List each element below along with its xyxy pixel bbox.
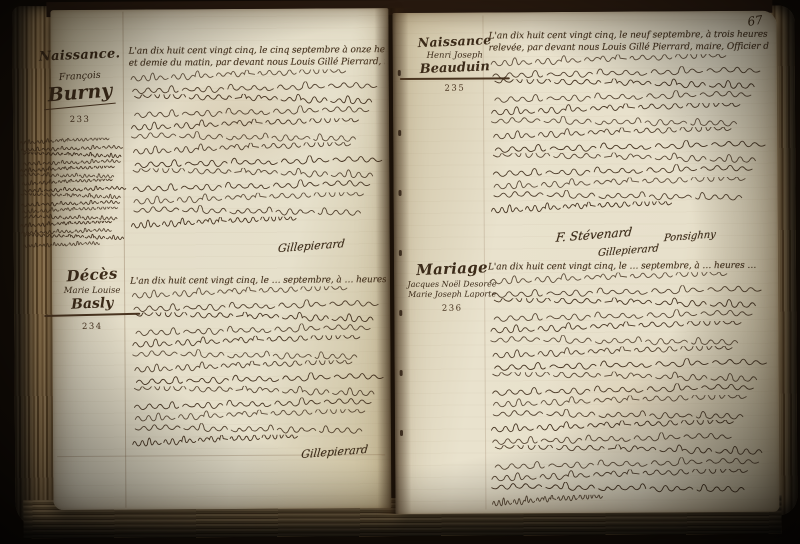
marriage-record-body: L'an dix huit cent vingt cinq, le … sept… <box>488 260 771 508</box>
annotation-handwriting-lines <box>19 138 126 249</box>
binding-stitch <box>399 250 402 256</box>
handwriting-lines <box>488 272 771 507</box>
marginal-annotation-note <box>19 138 126 249</box>
death-record-body-basly: L'an dix huit cent vingt cinq, le … sept… <box>130 274 387 448</box>
birth-record-body-beauduin: L'an dix huit cent vingt cinq, le neuf s… <box>489 29 770 215</box>
binding-stitch <box>398 190 401 196</box>
birth-record-body-burny: L'an dix huit cent vingt cinq, le cinq s… <box>129 44 386 230</box>
act-number: 234 <box>40 322 144 333</box>
binding-stitch <box>400 430 403 436</box>
margin-entry-deces-basly: Décès Marie Louise Basly 234 <box>40 266 144 333</box>
act-type-label: Naissance. <box>28 46 131 65</box>
folio-number: 67 <box>747 13 764 29</box>
margin-underline <box>44 313 140 317</box>
margin-entry-naissance-burny: Naissance. François Burny 233 <box>29 48 131 126</box>
act-surname: Basly <box>40 294 145 314</box>
act-type-label: Décès <box>40 263 145 287</box>
act-number: 233 <box>29 115 131 126</box>
parish-register-book: 67 Naissance. François Burny 233 Décès M… <box>0 0 800 544</box>
handwriting-lines <box>489 53 770 215</box>
registry-book-photo: 67 Naissance. François Burny 233 Décès M… <box>0 0 800 544</box>
binding-stitch <box>400 370 403 376</box>
binding-stitch <box>398 130 401 136</box>
handwriting-lines <box>130 286 387 447</box>
handwriting-lines <box>129 69 386 230</box>
